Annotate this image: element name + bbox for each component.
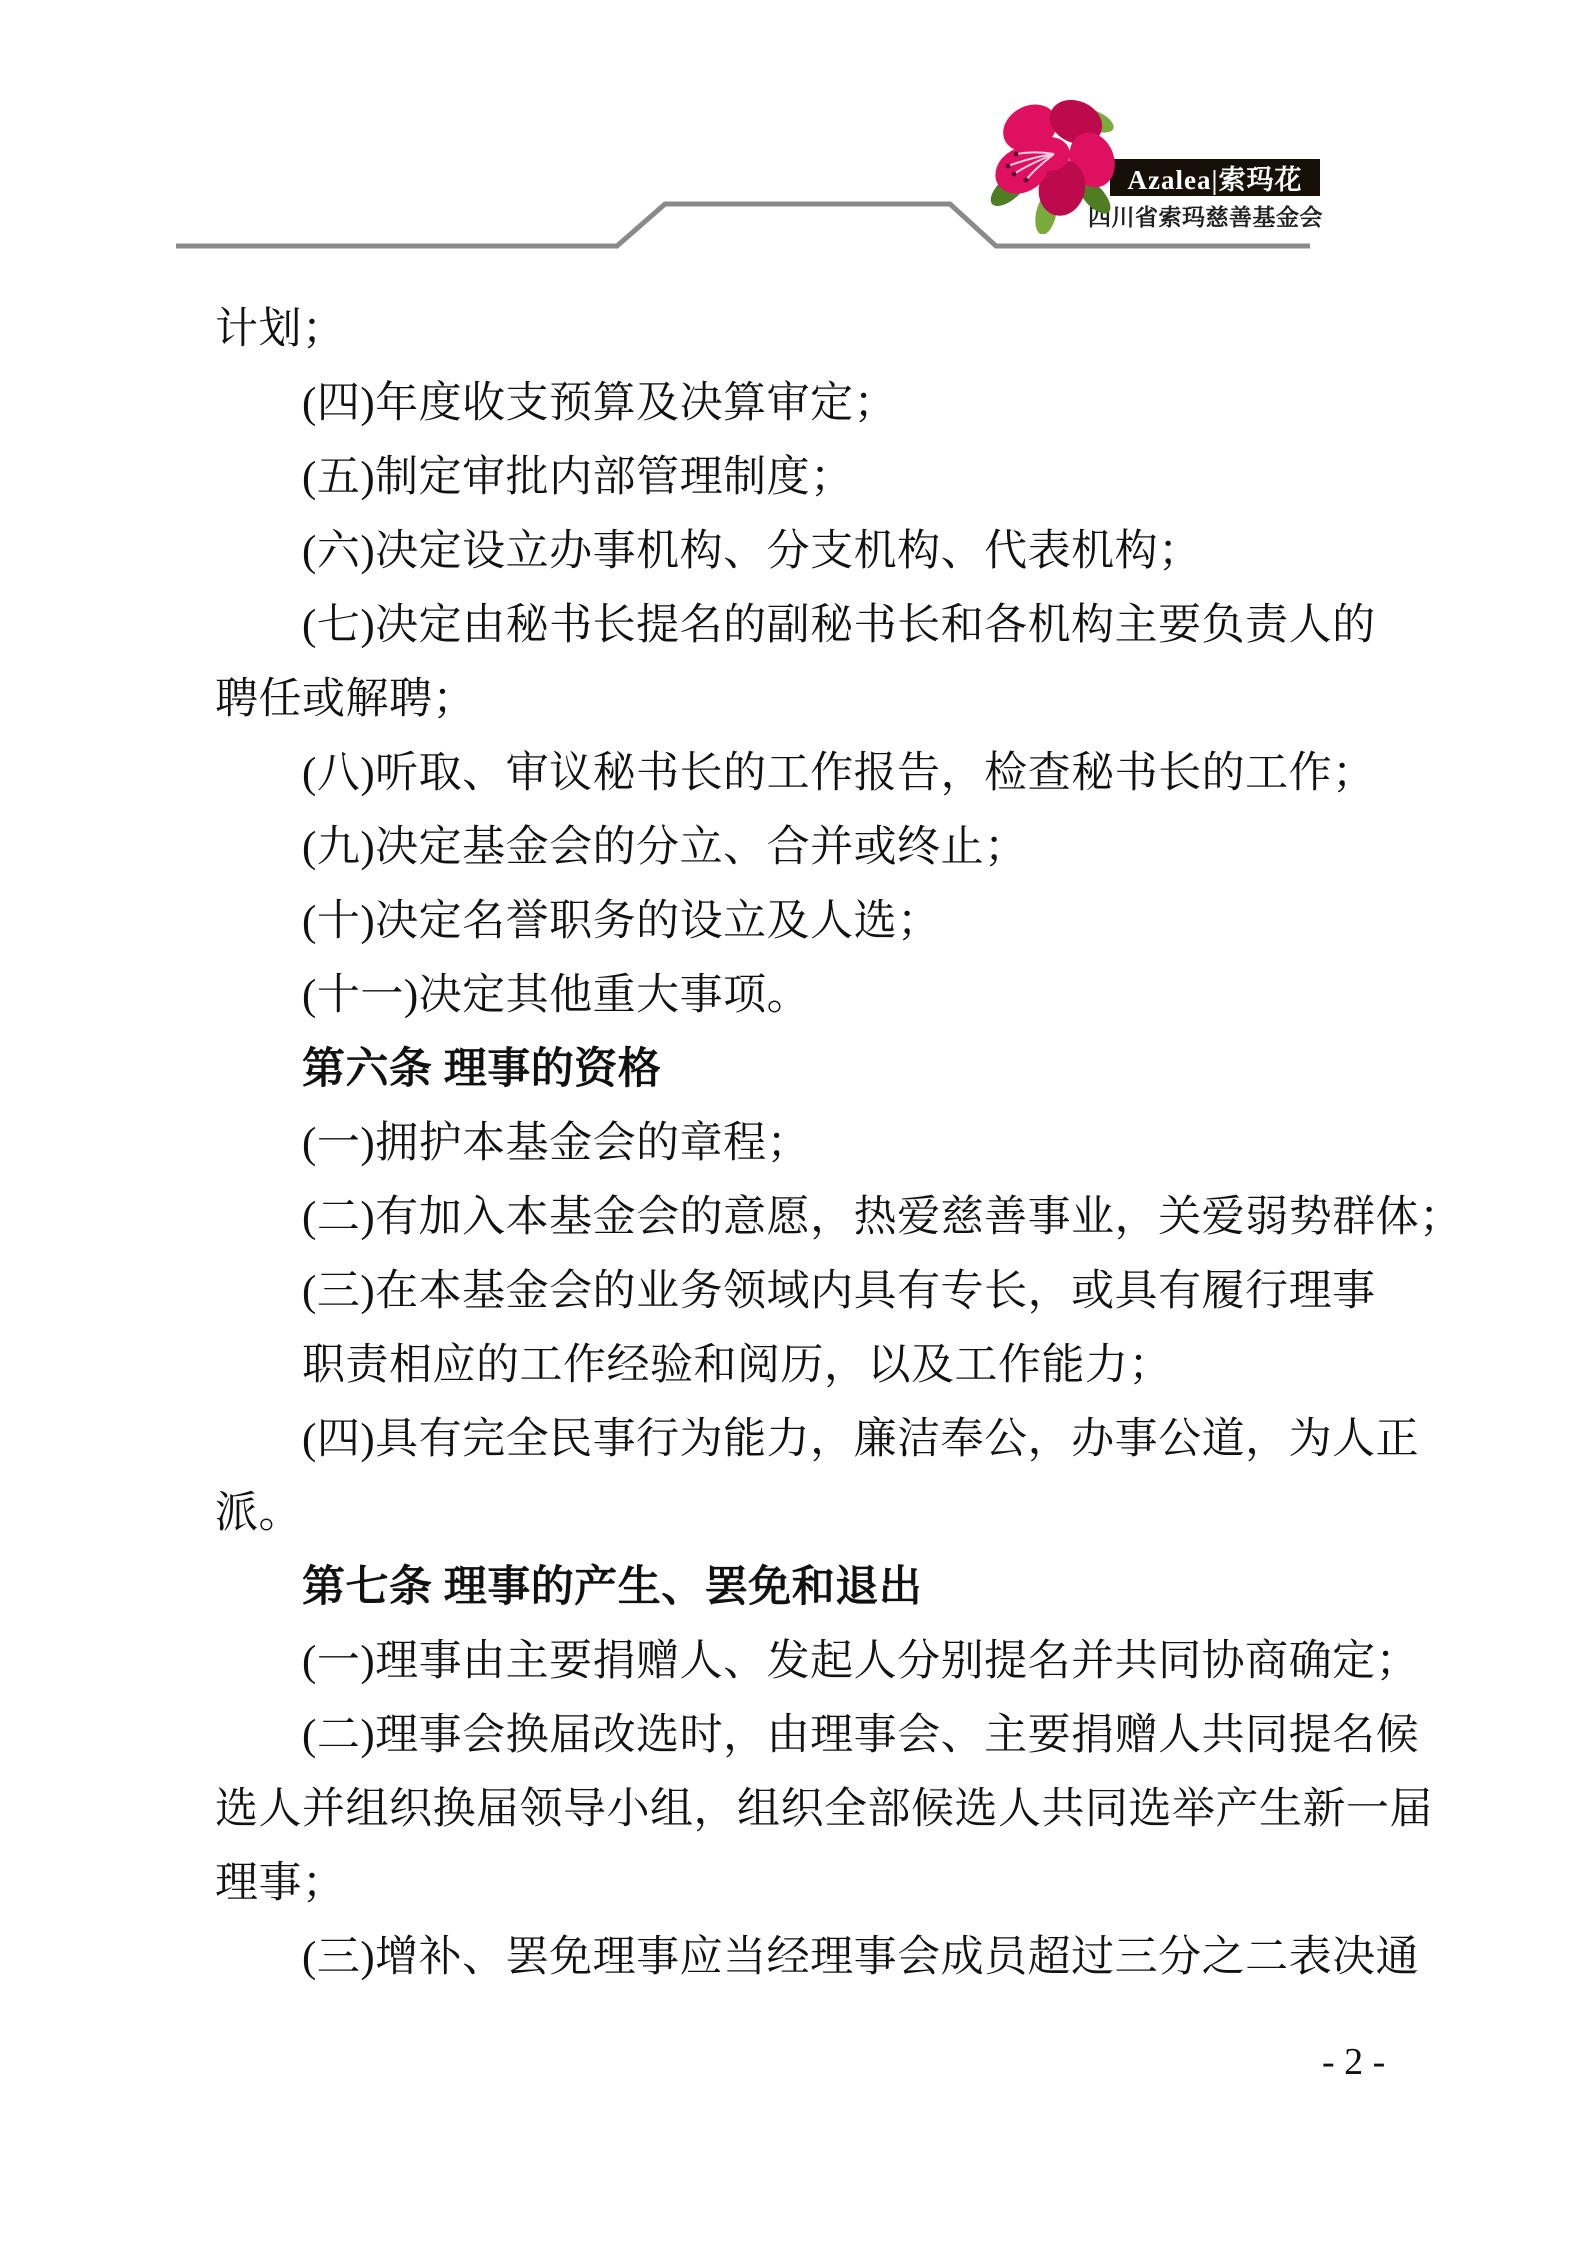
body-line: (七)决定由秘书长提名的副秘书长和各机构主要负责人的 — [215, 589, 1445, 663]
body-line: (一)理事由主要捐赠人、发起人分别提名并共同协商确定； — [215, 1625, 1445, 1699]
body-line: 选人并组织换届领导小组，组织全部候选人共同选举产生新一届 — [215, 1773, 1445, 1847]
document-page: Azalea|索玛花 四川省索玛慈善基金会 — [0, 0, 1587, 2245]
body-line: (三)增补、罢免理事应当经理事会成员超过三分之二表决通 — [215, 1921, 1445, 1995]
body-line: (四)年度收支预算及决算审定； — [215, 367, 1445, 441]
body-line: 聘任或解聘； — [215, 663, 1445, 737]
body-line: (八)听取、审议秘书长的工作报告，检查秘书长的工作； — [215, 737, 1445, 811]
body-line: 职责相应的工作经验和阅历，以及工作能力； — [215, 1329, 1445, 1403]
body-line: 理事； — [215, 1847, 1445, 1921]
body-line: (二)理事会换届改选时，由理事会、主要捐赠人共同提名候 — [215, 1699, 1445, 1773]
foundation-logo: Azalea|索玛花 四川省索玛慈善基金会 — [0, 0, 1587, 260]
logo-banner-text: Azalea|索玛花 — [1128, 158, 1303, 197]
body-line: (六)决定设立办事机构、分支机构、代表机构； — [215, 515, 1445, 589]
article-heading: 第六条 理事的资格 — [215, 1033, 1445, 1107]
logo-caption: 四川省索玛慈善基金会 — [1088, 199, 1322, 229]
azalea-flower-icon — [988, 92, 1120, 234]
body-line: (四)具有完全民事行为能力，廉洁奉公，办事公道，为人正 — [215, 1403, 1445, 1477]
body-line: (十)决定名誉职务的设立及人选； — [215, 885, 1445, 959]
body-line: (九)决定基金会的分立、合并或终止； — [215, 811, 1445, 885]
logo-banner: Azalea|索玛花 — [1110, 159, 1320, 196]
body-line: 计划； — [215, 293, 1445, 367]
body-line: (十一)决定其他重大事项。 — [215, 959, 1445, 1033]
article-body: 计划； (四)年度收支预算及决算审定； (五)制定审批内部管理制度； (六)决定… — [215, 293, 1445, 1995]
body-line: 派。 — [215, 1477, 1445, 1551]
article-heading: 第七条 理事的产生、罢免和退出 — [215, 1551, 1445, 1625]
body-line: (三)在本基金会的业务领域内具有专长，或具有履行理事 — [215, 1255, 1445, 1329]
page-number: - 2 - — [1322, 2040, 1385, 2084]
body-line: (一)拥护本基金会的章程； — [215, 1107, 1445, 1181]
body-line: (二)有加入本基金会的意愿，热爱慈善事业，关爱弱势群体； — [215, 1181, 1445, 1255]
body-line: (五)制定审批内部管理制度； — [215, 441, 1445, 515]
